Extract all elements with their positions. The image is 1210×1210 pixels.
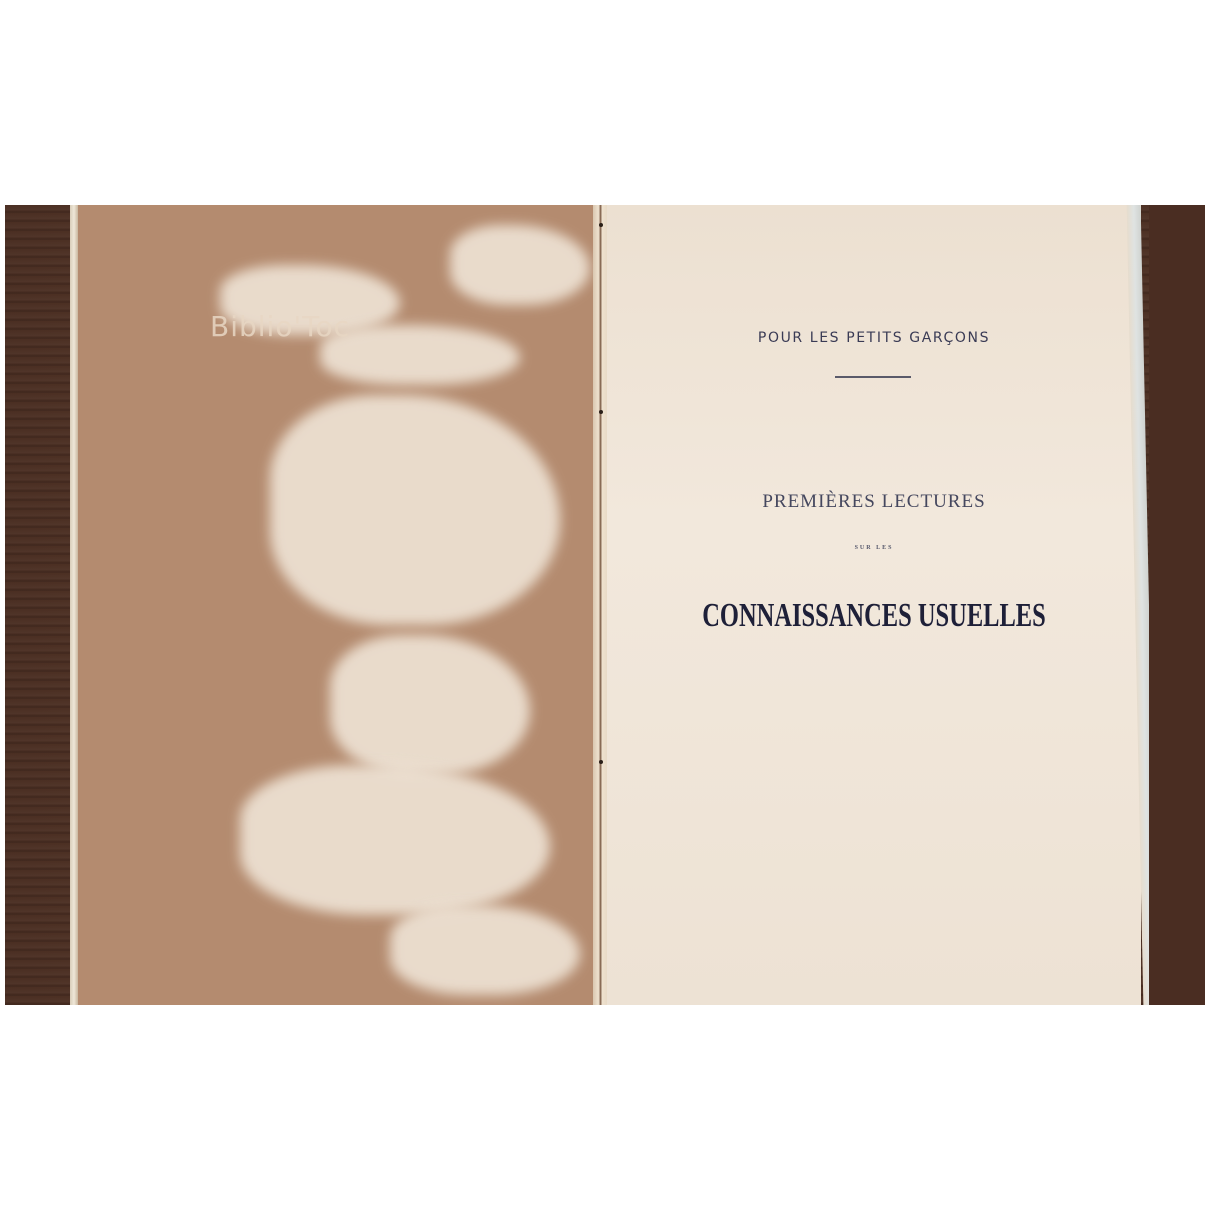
stain — [330, 635, 530, 775]
stain — [390, 905, 580, 995]
stain — [450, 225, 590, 305]
left-page-edge — [70, 205, 78, 1005]
book-spine — [593, 205, 607, 1005]
series-line: POUR LES PETITS GARÇONS — [607, 330, 1141, 346]
stitch — [599, 760, 603, 764]
book-photo: Biblio'Toc POUR LES PETITS GARÇONS PREMI… — [5, 205, 1205, 1005]
left-endpaper: Biblio'Toc — [70, 205, 597, 1005]
divider-rule — [835, 376, 911, 378]
stitch — [599, 223, 603, 227]
stain — [270, 395, 560, 625]
title-line-2: CONNAISSANCES USUELLES — [682, 597, 1066, 635]
title-connector: SUR LES — [607, 545, 1141, 551]
stain — [240, 765, 550, 915]
wooden-table-right — [1149, 205, 1205, 1005]
watermark: Biblio'Toc — [210, 310, 350, 343]
title-page: POUR LES PETITS GARÇONS PREMIÈRES LECTUR… — [607, 205, 1141, 1005]
title-line-1: PREMIÈRES LECTURES — [607, 491, 1141, 513]
stitch — [599, 410, 603, 414]
